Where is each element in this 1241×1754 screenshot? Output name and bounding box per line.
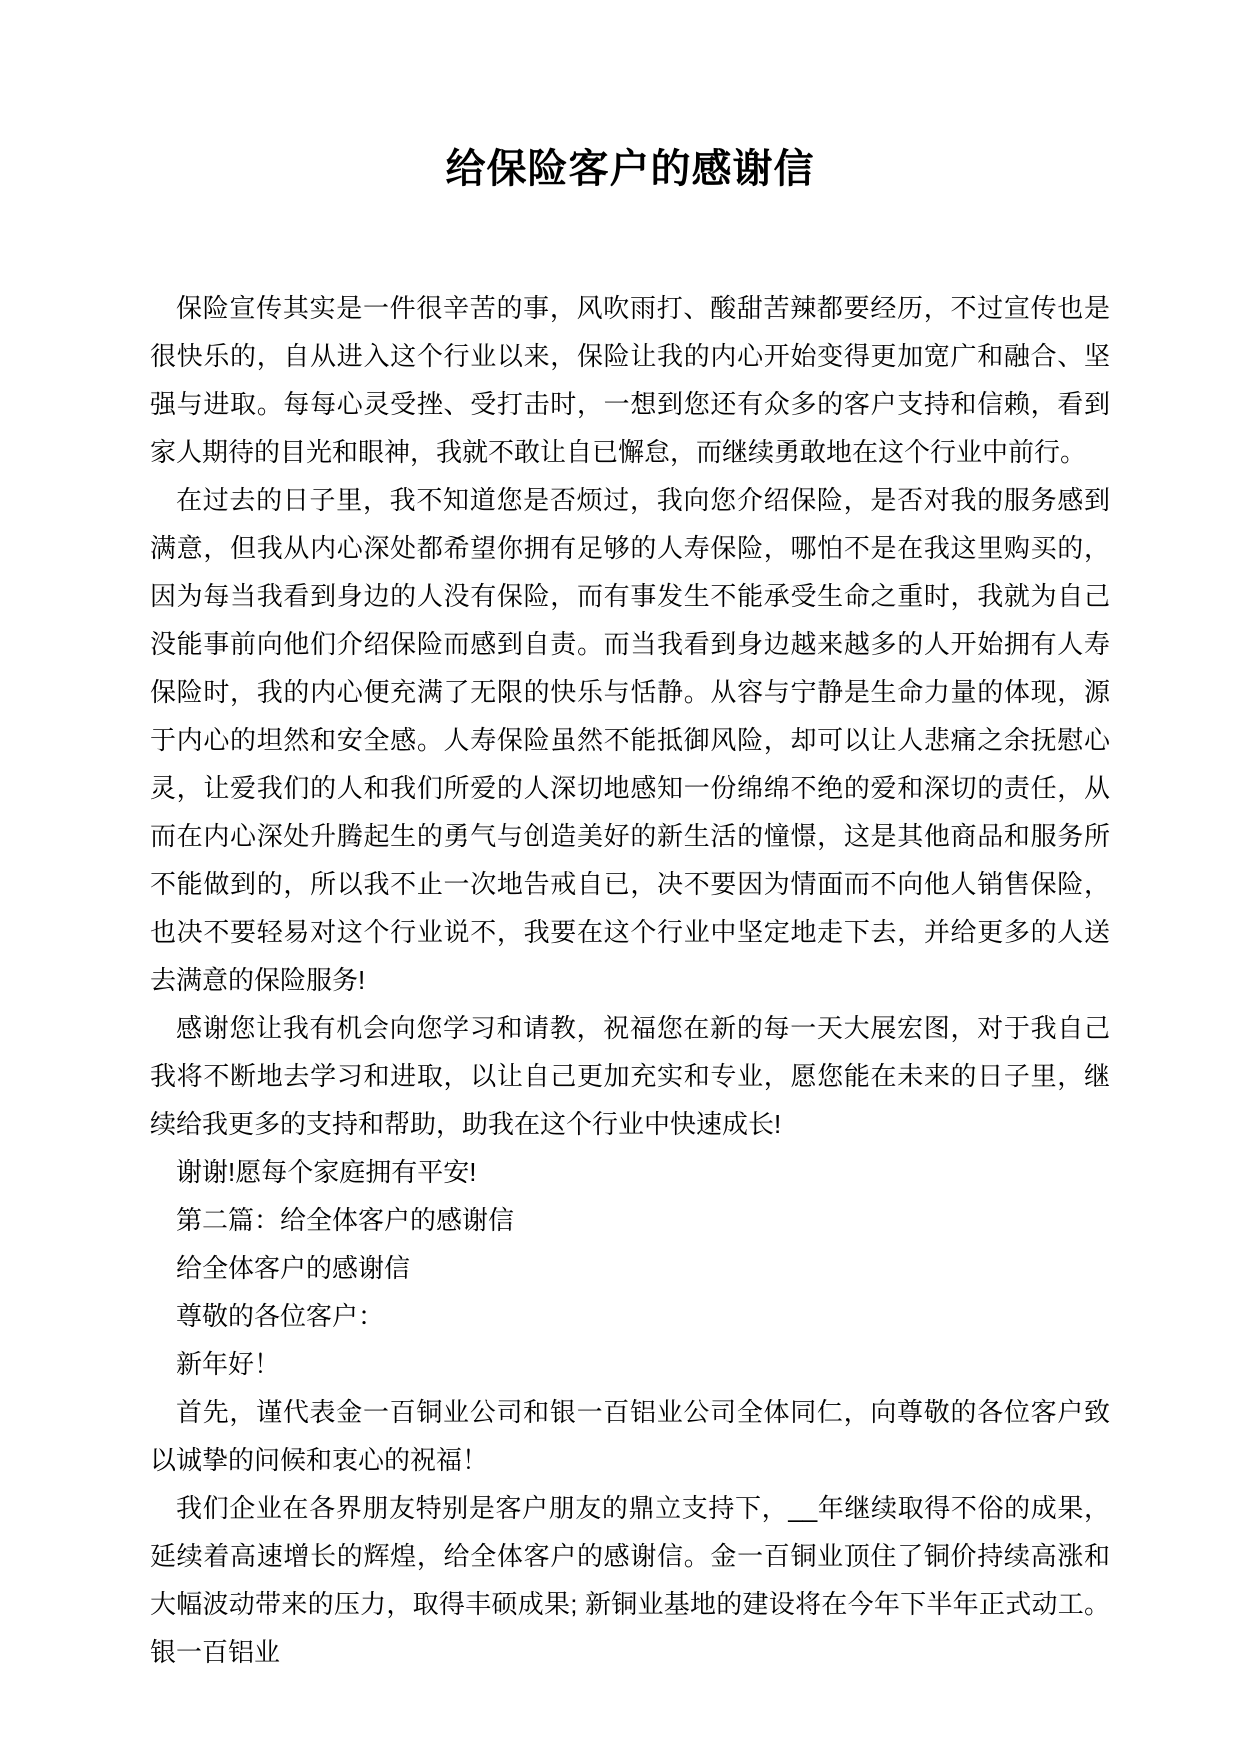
document-content: 给保险客户的感谢信 保险宣传其实是一件很辛苦的事，风吹雨打、酸甜苦辣都要经历，不… [150, 0, 1110, 1676]
paragraph: 新年好！ [150, 1340, 1110, 1388]
paragraph: 我们企业在各界朋友特别是客户朋友的鼎立支持下，__年继续取得不俗的成果，延续着高… [150, 1484, 1110, 1676]
paragraph: 感谢您让我有机会向您学习和请教，祝福您在新的每一天大展宏图，对于我自己我将不断地… [150, 1004, 1110, 1148]
document-page: 给保险客户的感谢信 保险宣传其实是一件很辛苦的事，风吹雨打、酸甜苦辣都要经历，不… [0, 0, 1241, 1754]
document-title: 给保险客户的感谢信 [150, 148, 1110, 190]
paragraph: 谢谢!愿每个家庭拥有平安! [150, 1148, 1110, 1196]
paragraph: 首先，谨代表金一百铜业公司和银一百铝业公司全体同仁，向尊敬的各位客户致以诚挚的问… [150, 1388, 1110, 1484]
paragraph: 给全体客户的感谢信 [150, 1244, 1110, 1292]
paragraph: 尊敬的各位客户： [150, 1292, 1110, 1340]
document-paragraphs: 保险宣传其实是一件很辛苦的事，风吹雨打、酸甜苦辣都要经历，不过宣传也是很快乐的，… [150, 284, 1110, 1676]
paragraph: 保险宣传其实是一件很辛苦的事，风吹雨打、酸甜苦辣都要经历，不过宣传也是很快乐的，… [150, 284, 1110, 476]
paragraph: 第二篇：给全体客户的感谢信 [150, 1196, 1110, 1244]
paragraph: 在过去的日子里，我不知道您是否烦过，我向您介绍保险，是否对我的服务感到满意，但我… [150, 476, 1110, 1004]
